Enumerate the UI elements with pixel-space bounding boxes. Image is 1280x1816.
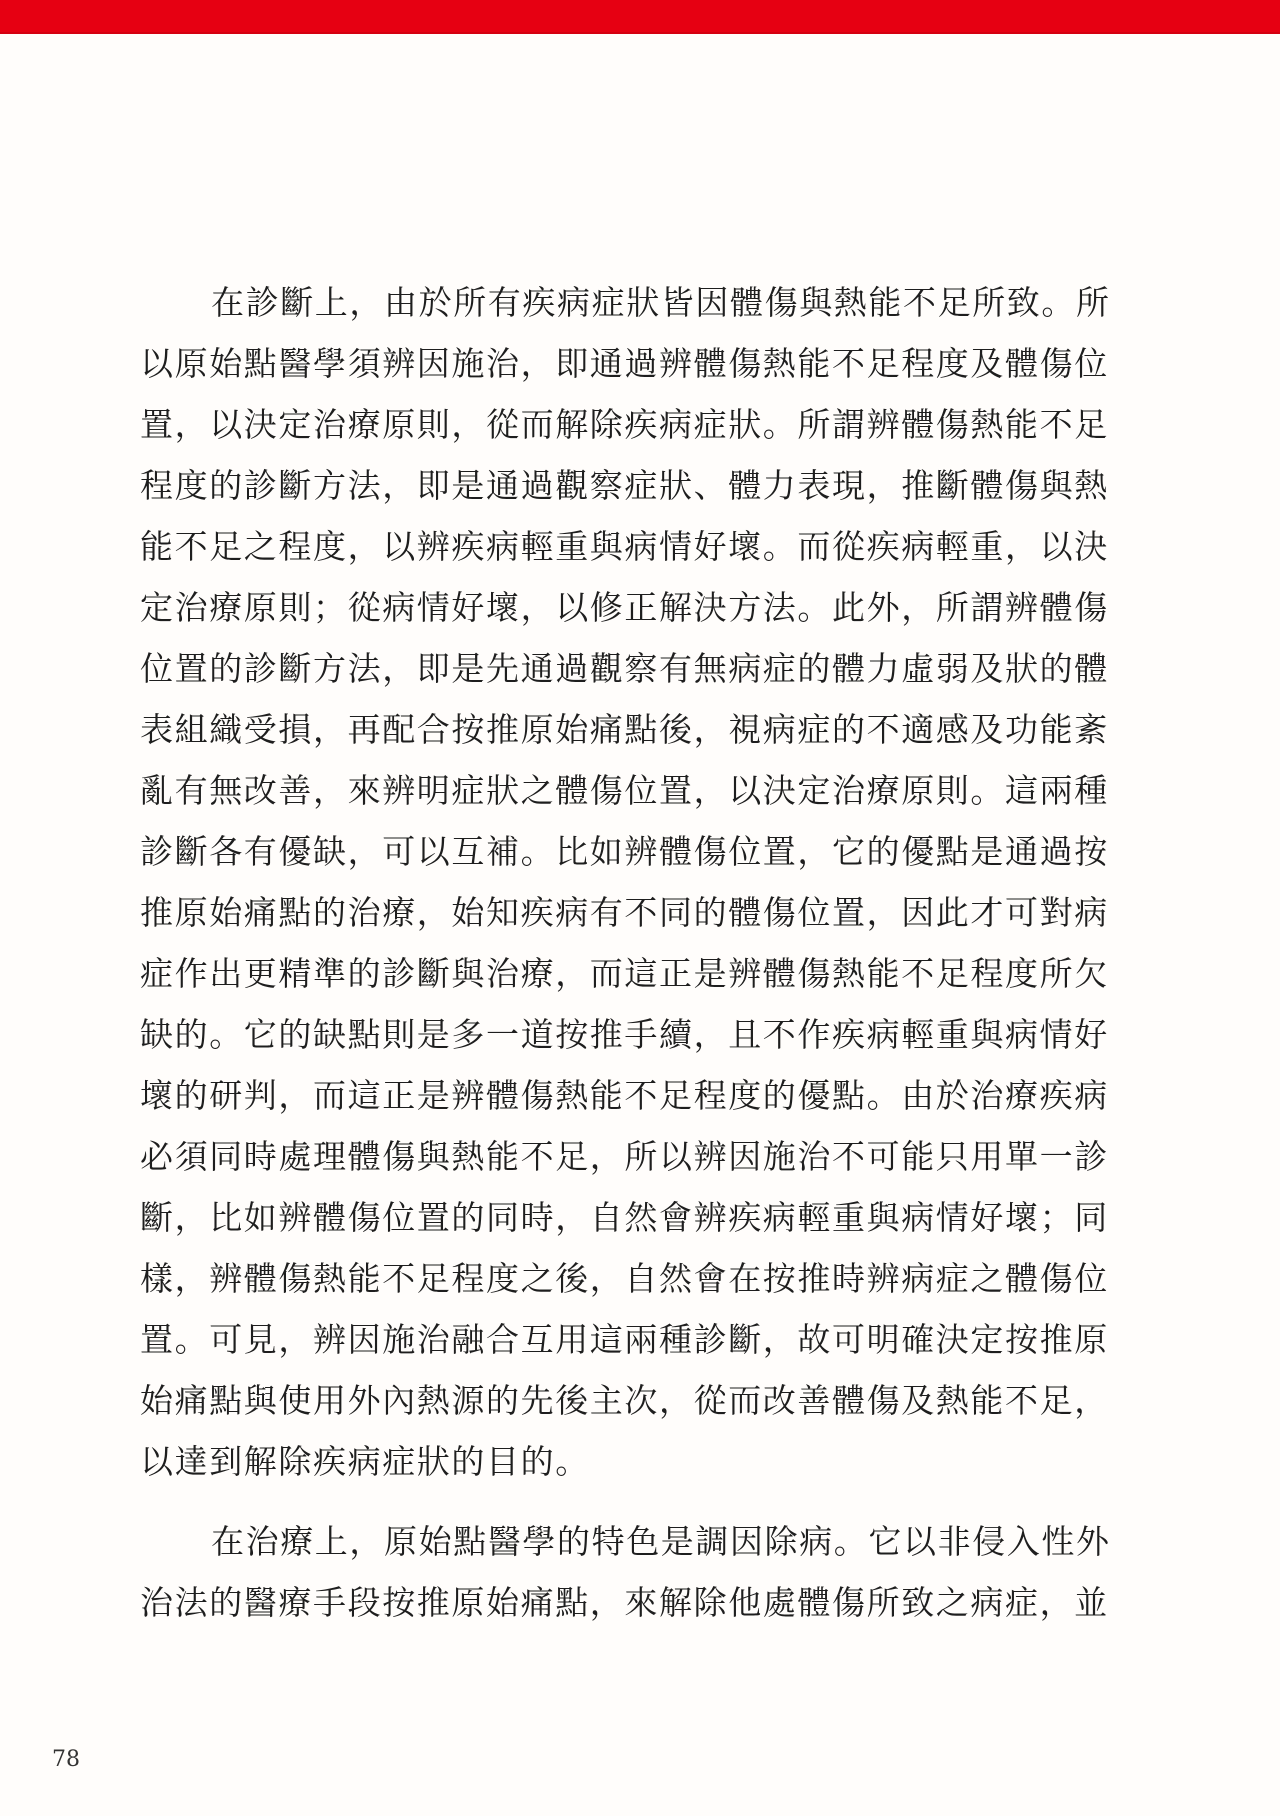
text-line: 亂有無改善，來辨明症狀之體傷位置，以決定治療原則。這兩種 [140,760,1150,821]
text-line: 以達到解除疾病症狀的目的。 [140,1431,1150,1492]
text-line: 治法的醫療手段按推原始痛點，來解除他處體傷所致之病症，並 [140,1572,1150,1633]
text-line: 能不足之程度，以辨疾病輕重與病情好壞。而從疾病輕重，以決 [140,516,1150,577]
text-line: 必須同時處理體傷與熱能不足，所以辨因施治不可能只用單一診 [140,1126,1150,1187]
text-line: 壞的研判，而這正是辨體傷熱能不足程度的優點。由於治療疾病 [140,1065,1150,1126]
text-line: 診斷各有優缺，可以互補。比如辨體傷位置，它的優點是通過按 [140,821,1150,882]
text-line: 置。可見，辨因施治融合互用這兩種診斷，故可明確決定按推原 [140,1309,1150,1370]
text-line: 缺的。它的缺點則是多一道按推手續，且不作疾病輕重與病情好 [140,1004,1150,1065]
top-accent-bar [0,0,1280,34]
text-line: 以原始點醫學須辨因施治，即通過辨體傷熱能不足程度及體傷位 [140,333,1150,394]
paragraph-diagnosis: 在診斷上，由於所有疾病症狀皆因體傷與熱能不足所致。所 以原始點醫學須辨因施治，即… [140,272,1150,1492]
text-line: 症作出更精準的診斷與治療，而這正是辨體傷熱能不足程度所欠 [140,943,1150,1004]
text-line: 表組織受損，再配合按推原始痛點後，視病症的不適感及功能紊 [140,699,1150,760]
page-body: 在診斷上，由於所有疾病症狀皆因體傷與熱能不足所致。所 以原始點醫學須辨因施治，即… [140,272,1150,1633]
text-line: 始痛點與使用外內熱源的先後主次，從而改善體傷及熱能不足， [140,1370,1150,1431]
text-line: 樣，辨體傷熱能不足程度之後，自然會在按推時辨病症之體傷位 [140,1248,1150,1309]
text-line: 置，以決定治療原則，從而解除疾病症狀。所謂辨體傷熱能不足 [140,394,1150,455]
text-line: 在診斷上，由於所有疾病症狀皆因體傷與熱能不足所致。所 [140,272,1150,333]
page-number: 78 [52,1747,80,1772]
text-line: 斷，比如辨體傷位置的同時，自然會辨疾病輕重與病情好壞；同 [140,1187,1150,1248]
paragraph-treatment: 在治療上，原始點醫學的特色是調因除病。它以非侵入性外 治法的醫療手段按推原始痛點… [140,1511,1150,1633]
text-line: 在治療上，原始點醫學的特色是調因除病。它以非侵入性外 [140,1511,1150,1572]
text-line: 推原始痛點的治療，始知疾病有不同的體傷位置，因此才可對病 [140,882,1150,943]
text-line: 定治療原則；從病情好壞，以修正解決方法。此外，所謂辨體傷 [140,577,1150,638]
text-line: 位置的診斷方法，即是先通過觀察有無病症的體力虛弱及狀的體 [140,638,1150,699]
text-line: 程度的診斷方法，即是通過觀察症狀、體力表現，推斷體傷與熱 [140,455,1150,516]
